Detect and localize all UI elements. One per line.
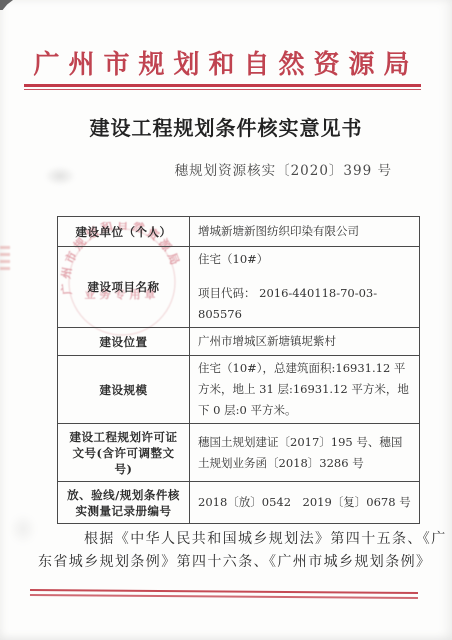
table-row: 建设规模 住宅（10#），总建筑面积:16931.12 平方米，地上 31 层:… bbox=[58, 356, 420, 424]
table-row: 放、验线/规划条件核实测量记录册编号 2018〔放〕0542 2019〔复〕06… bbox=[58, 482, 420, 524]
row-label: 建设位置 bbox=[58, 328, 190, 356]
page-bottom-divider bbox=[30, 589, 418, 599]
value-line: 项目代码： 2016-440118-70-03-805576 bbox=[198, 283, 411, 325]
row-value: 住宅（10#） 项目代码： 2016-440118-70-03-805576 bbox=[190, 247, 420, 328]
value-line: 广州市增城区新塘镇坭紫村 bbox=[198, 331, 411, 352]
row-label: 建设单位（个人） bbox=[58, 217, 190, 247]
value-line: 2018〔放〕0542 2019〔复〕0678 号 bbox=[198, 492, 411, 513]
row-label: 建设工程规划许可证文号(含许可调整文号) bbox=[58, 424, 190, 482]
value-line: 住宅（10#），总建筑面积:16931.12 平方米，地上 31 层:16931… bbox=[198, 358, 411, 421]
row-value: 广州市增城区新塘镇坭紫村 bbox=[190, 328, 420, 356]
scan-speck bbox=[0, 0, 13, 10]
letterhead-divider bbox=[24, 84, 421, 90]
table-row: 建设位置 广州市增城区新塘镇坭紫村 bbox=[58, 328, 420, 356]
row-label: 放、验线/规划条件核实测量记录册编号 bbox=[58, 482, 190, 524]
table-row: 建设工程规划许可证文号(含许可调整文号) 穗国土规划建证〔2017〕195 号、… bbox=[58, 424, 420, 482]
scan-smudge bbox=[8, 512, 38, 546]
row-value: 增城新塘新图纺织印染有限公司 bbox=[190, 217, 420, 247]
row-label: 建设规模 bbox=[58, 356, 190, 424]
value-line: 增城新塘新图纺织印染有限公司 bbox=[198, 221, 411, 242]
table-row: 建设单位（个人） 增城新塘新图纺织印染有限公司 bbox=[58, 217, 420, 247]
scan-smudge bbox=[0, 246, 10, 274]
row-value: 住宅（10#），总建筑面积:16931.12 平方米，地上 31 层:16931… bbox=[190, 356, 420, 424]
table-row: 建设项目名称 住宅（10#） 项目代码： 2016-440118-70-03-8… bbox=[58, 247, 420, 328]
document-page: 广州市规划和自然资源局 建设工程规划条件核实意见书 穗规划资源核实〔2020〕3… bbox=[0, 0, 452, 640]
row-label: 建设项目名称 bbox=[58, 247, 190, 328]
project-info-table: 建设单位（个人） 增城新塘新图纺织印染有限公司 建设项目名称 住宅（10#） 项… bbox=[57, 216, 420, 524]
value-line: 穗国土规划建证〔2017〕195 号、穗国 土规划业务函〔2018〕3286 号 bbox=[198, 432, 411, 474]
document-title: 建设工程规划条件核实意见书 bbox=[0, 112, 452, 141]
legal-line: 根据《中华人民共和国城乡规划法》第四十五条、《广 bbox=[38, 528, 426, 551]
agency-letterhead: 广州市规划和自然资源局 bbox=[0, 44, 452, 81]
legal-basis-paragraph: 根据《中华人民共和国城乡规划法》第四十五条、《广 东省城乡规划条例》第四十六条、… bbox=[38, 528, 426, 574]
legal-line: 东省城乡规划条例》第四十六条、《广州市城乡规划条例》 bbox=[38, 551, 426, 574]
row-value: 2018〔放〕0542 2019〔复〕0678 号 bbox=[190, 482, 420, 524]
document-number: 穗规划资源核实〔2020〕399 号 bbox=[0, 159, 392, 179]
value-line: 住宅（10#） bbox=[198, 249, 411, 270]
row-value: 穗国土规划建证〔2017〕195 号、穗国 土规划业务函〔2018〕3286 号 bbox=[190, 424, 420, 482]
